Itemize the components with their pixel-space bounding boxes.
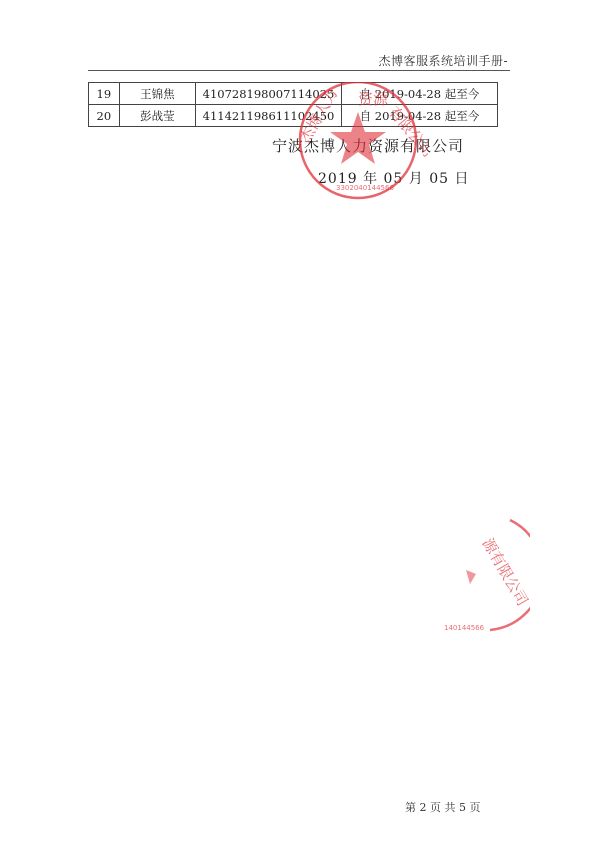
company-signature: 宁波杰博人力资源有限公司 [272, 135, 464, 156]
id-number: 411421198611102450 [196, 105, 342, 127]
document-header-title: 杰博客服系统培训手册- [378, 52, 508, 69]
svg-text:140144566: 140144566 [444, 624, 485, 632]
table-row: 19 王锦焦 410728198007114025 自 2019-04-28 起… [89, 83, 498, 105]
id-number: 410728198007114025 [196, 83, 342, 105]
row-index: 20 [89, 105, 120, 127]
employee-table: 19 王锦焦 410728198007114025 自 2019-04-28 起… [88, 82, 498, 127]
employment-period: 自 2019-04-28 起至今 [341, 105, 497, 127]
table-row: 20 彭战莹 411421198611102450 自 2019-04-28 起… [89, 105, 498, 127]
row-index: 19 [89, 83, 120, 105]
svg-text:源有限公司: 源有限公司 [479, 535, 530, 609]
page-number: 第 2 页 共 5 页 [405, 799, 480, 815]
employee-name: 王锦焦 [119, 83, 196, 105]
employment-period: 自 2019-04-28 起至今 [341, 83, 497, 105]
partial-seal-icon: 源有限公司 140144566 [430, 512, 530, 637]
signature-date: 2019 年 05 月 05 日 [318, 168, 470, 188]
header-divider [88, 70, 510, 71]
employee-name: 彭战莹 [119, 105, 196, 127]
